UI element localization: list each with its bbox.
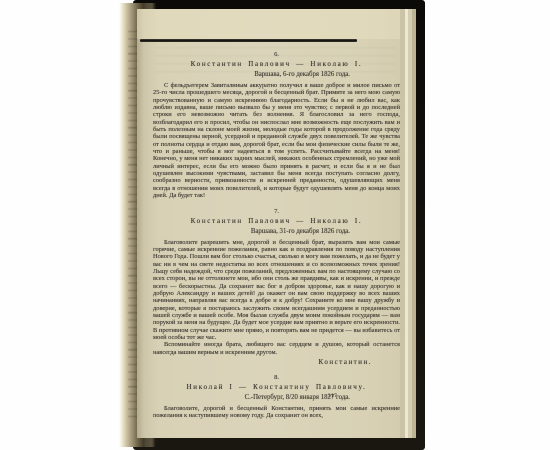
letter-number: 8. bbox=[153, 374, 400, 381]
printed-rule bbox=[140, 39, 357, 42]
page-right-edge bbox=[400, 9, 416, 438]
top-leaf-edge bbox=[137, 9, 416, 39]
letter-6: 6. Константин Павлович — Николаю I. Варш… bbox=[153, 51, 400, 200]
text-block: 6. Константин Павлович — Николаю I. Варш… bbox=[153, 47, 400, 420]
letter-paragraph: Благоволите, дорогой и бесценный Констан… bbox=[153, 405, 400, 420]
letter-paragraph: С фельдъегерем Завиталиным аккуратно пол… bbox=[153, 82, 400, 200]
page-number: 317 bbox=[328, 393, 337, 399]
letter-number: 6. bbox=[153, 51, 400, 58]
letter-title: Константин Павлович — Николаю I. bbox=[153, 217, 400, 225]
letter-title: Николай I — Константину Павловичу. bbox=[153, 383, 400, 391]
letter-number: 7. bbox=[153, 208, 400, 215]
letter-7: 7. Константин Павлович — Николаю I. Варш… bbox=[153, 208, 400, 367]
letter-dateline: Варшава, 6-го декабря 1826 года. bbox=[153, 71, 400, 78]
letter-dateline: С.-Петербург, 8/20 января 1827 года. bbox=[153, 394, 400, 401]
letter-8: 8. Николай I — Константину Павловичу. С.… bbox=[153, 374, 400, 420]
letter-signature: Константин. bbox=[153, 358, 400, 366]
book-photo: 6. Константин Павлович — Николаю I. Варш… bbox=[0, 0, 550, 450]
letter-paragraph: Благоволите разрешить мне, дорогой и бес… bbox=[153, 239, 400, 342]
letter-title: Константин Павлович — Николаю I. bbox=[153, 60, 400, 68]
letter-dateline: Варшава, 31-го декабря 1826 года. bbox=[153, 228, 400, 235]
book-page: 6. Константин Павлович — Николаю I. Варш… bbox=[137, 9, 416, 438]
letter-paragraph: Вспоминайте иногда брата, любящего вас с… bbox=[153, 341, 400, 356]
